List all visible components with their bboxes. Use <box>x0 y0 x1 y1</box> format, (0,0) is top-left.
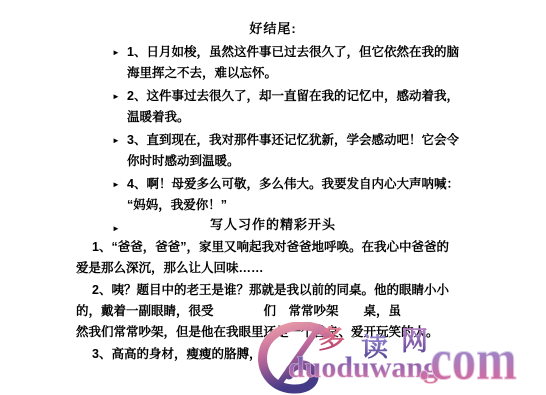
bullet-arrow-icon: ► <box>112 42 120 63</box>
text-line: 2、这件事过去很久了，却一直留在我的记忆中，感动着我， <box>127 86 546 107</box>
bullet-arrow-icon: ► <box>112 174 120 195</box>
text-line: 3、直到现在，我对那件事还记忆犹新，学会感动吧！它会令 <box>127 130 546 151</box>
section2-heading: 写人习作的精彩开头 <box>0 218 546 232</box>
text-line: 然我们常常吵架，但是他在我眼里还是一个善良、爱开玩笑的人。 <box>76 322 546 343</box>
text-line: “妈妈，我爱你！” <box>127 195 546 216</box>
paragraph: 3、高高的身材，瘦瘦的胳膊， <box>76 344 546 365</box>
document-page: 好结尾: ► 1、日月如梭，虽然这件事已过去很久了，但它依然在我的脑 海里挥之不… <box>0 0 546 395</box>
paragraph: 2、咦？题目中的老王是谁？那就是我以前的同桌。他的眼睛小小 的，戴着一副眼睛，很… <box>76 280 546 343</box>
text-line: 的，戴着一副眼睛，很受 们 常常吵架 桌，虽 <box>76 301 546 322</box>
section1-heading: 好结尾: <box>0 22 546 36</box>
bullet-arrow-icon: ► <box>112 86 120 107</box>
paragraph: 1、“爸爸，爸爸”，家里又响起我对爸爸地呼唤。在我心中爸爸的 爱是那么深沉，那么… <box>76 237 546 279</box>
endings-list: ► 1、日月如梭，虽然这件事已过去很久了，但它依然在我的脑 海里挥之不去，难以忘… <box>112 42 546 216</box>
text-line: 4、啊！母爱多么可敬，多么伟大。我要发自内心大声呐喊： <box>127 174 546 195</box>
text-line: 1、“爸爸，爸爸”，家里又响起我对爸爸地呼唤。在我心中爸爸的 <box>76 237 546 258</box>
list-item: ► 4、啊！母爱多么可敬，多么伟大。我要发自内心大声呐喊： “妈妈，我爱你！” <box>112 174 546 216</box>
list-item: ► 2、这件事过去很久了，却一直留在我的记忆中，感动着我， 温暖着我。 <box>112 86 546 128</box>
text-line: 3、高高的身材，瘦瘦的胳膊， <box>76 344 546 365</box>
openings-paragraphs: 1、“爸爸，爸爸”，家里又响起我对爸爸地呼唤。在我心中爸爸的 爱是那么深沉，那么… <box>76 237 546 365</box>
list-item: ► 1、日月如梭，虽然这件事已过去很久了，但它依然在我的脑 海里挥之不去，难以忘… <box>112 42 546 84</box>
text-line: 爱是那么深沉，那么让人回味…… <box>76 258 546 279</box>
text-line: 你时时感动到温暖。 <box>127 151 546 172</box>
list-item: ► 3、直到现在，我对那件事还记忆犹新，学会感动吧！它会令 你时时感动到温暖。 <box>112 130 546 172</box>
text-line: 1、日月如梭，虽然这件事已过去很久了，但它依然在我的脑 <box>127 42 546 63</box>
text-line: 2、咦？题目中的老王是谁？那就是我以前的同桌。他的眼睛小小 <box>76 280 546 301</box>
text-line: 温暖着我。 <box>127 107 546 128</box>
bullet-arrow-icon: ► <box>112 218 120 239</box>
text-line: 海里挥之不去，难以忘怀。 <box>127 63 546 84</box>
bullet-arrow-icon: ► <box>112 130 120 151</box>
